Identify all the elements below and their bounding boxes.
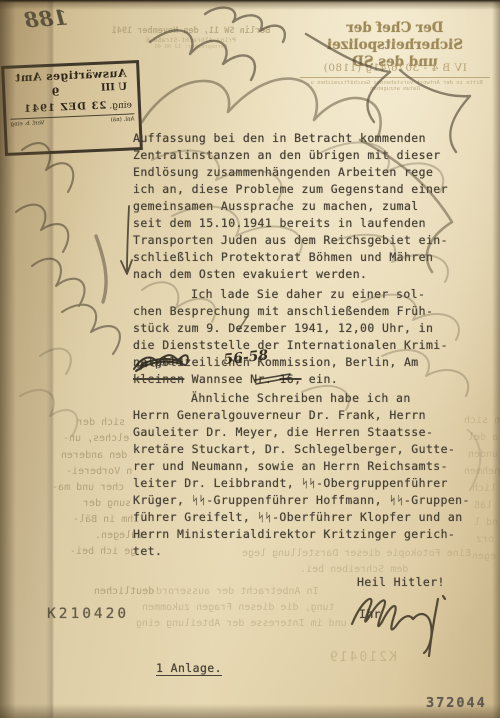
bleedthrough-letterhead-line1: Der Chef der Sicherheitspolizei <box>296 20 494 54</box>
receipt-stamp-date: 23 DEZ 1941 <box>23 101 107 116</box>
scrawl-stroke <box>96 236 106 302</box>
scrawl-stroke <box>22 143 73 192</box>
receipt-stamp-eing: eing. <box>109 100 132 111</box>
enclosure-note: 1 Anlage. <box>156 660 222 677</box>
scrawl-stroke <box>40 349 71 374</box>
bleedthrough-address-block: Berlin SW 11, den November 1941 Prinz-Al… <box>106 26 276 50</box>
bleed-fragment: cher und ma- <box>52 482 124 493</box>
bleed-fragment: deutlichen <box>94 586 154 597</box>
bleed-fragment: tung, die diesen Fragen zukommen <box>142 602 335 613</box>
bleedthrough-letterhead: Der Chef der Sicherheitspolizei und des … <box>296 20 494 71</box>
scrawl-stroke <box>306 34 390 122</box>
receipt-stamp: Auswärtiges Amt U III 9 eing. 23 DEZ 194… <box>1 60 143 156</box>
bleedthrough-reference-rule <box>300 77 490 78</box>
paper-crease <box>0 0 54 718</box>
ghost-registry-number: K210419 <box>328 650 397 665</box>
bleed-fragment: und im Interesse der Abteilung eing <box>136 618 347 629</box>
margin-arrow <box>121 206 132 274</box>
registry-number-stamp: K210420 <box>47 606 129 623</box>
archive-number-stamp: 372044 <box>426 695 487 712</box>
letter-paragraph-2-last-line: kleinen Wannsee Nr. 16, ein. <box>133 371 483 388</box>
scrawl-stroke <box>20 390 77 436</box>
struck-number: 16, <box>279 372 301 386</box>
bleed-fragment: ihm in Bäl- <box>73 514 139 525</box>
bleed-fragment: ge ich bei- <box>70 546 136 557</box>
bleed-fragment: n Vorberei- <box>66 466 132 477</box>
bleedthrough-reference-subline: Bitte in der Antwort vorstehendes Geschä… <box>300 80 490 92</box>
page-edge-top <box>0 0 500 10</box>
receipt-stamp-footer: Anl. (nä)Verf. b. eing <box>10 113 134 127</box>
receipt-stamp-number: 9 <box>5 86 60 101</box>
bleed-fragment: den anderen <box>61 450 127 461</box>
bleedthrough-reference-line: IV B 4 - 3076/41g (1180) <box>298 62 492 74</box>
page-edge-left <box>0 0 16 718</box>
struck-word: kleinen <box>133 372 184 386</box>
signature <box>352 596 445 656</box>
bleed-fragment: In Anbetracht der ausserord- <box>150 586 319 597</box>
bleedthrough-address-line3: Fernsprecher: 12 00 40 <box>106 44 276 50</box>
closing-pronoun: Ihr <box>359 606 381 623</box>
receipt-stamp-date-row: eing. 23 DEZ 1941 <box>6 99 132 115</box>
bleed-fragment: sich der <box>77 417 125 428</box>
scrawl-stroke <box>150 30 255 80</box>
bleedthrough-letterhead-line2: und des SD <box>296 54 494 71</box>
scrawl-stroke <box>32 259 85 306</box>
letter-paragraph-1: Auffassung bei den in Betracht kommenden… <box>133 130 483 283</box>
scrawl-stroke <box>205 8 285 42</box>
page-edge-right <box>492 0 500 718</box>
bleedthrough-address-line2: Prinz-Albrecht-Straße 8 <box>106 36 276 44</box>
scanned-letter-page: Der Chef der Sicherheitspolizei und des … <box>0 0 500 718</box>
letter-paragraph-3: Ähnliche Schreiben habe ich an Herrn Gen… <box>133 390 493 560</box>
receipt-stamp-office: Auswärtiges Amt <box>4 66 136 85</box>
receipt-stamp-footer-right: Verf. b. eing <box>11 120 45 127</box>
page-edge-bottom <box>0 704 500 718</box>
line-middle: Wannsee Nr. <box>184 372 279 386</box>
closing-salute: Heil Hitler! <box>357 574 445 591</box>
receipt-stamp-division: U III <box>5 82 127 98</box>
letter-paragraph-2: Ich lade Sie daher zu einer sol- chen Be… <box>133 286 483 371</box>
bleed-fragment: elches, un- <box>63 433 129 444</box>
page-number-handwritten: 188 <box>23 5 68 33</box>
scrawl-stroke <box>62 305 120 354</box>
scrawl-stroke <box>16 205 68 252</box>
bleedthrough-address-line1: Berlin SW 11, den November 1941 <box>106 26 276 36</box>
receipt-stamp-footer-left: Anl. (nä) <box>111 116 135 123</box>
line-end: ein. <box>301 372 338 386</box>
bleed-fragment: sung der <box>83 498 131 509</box>
